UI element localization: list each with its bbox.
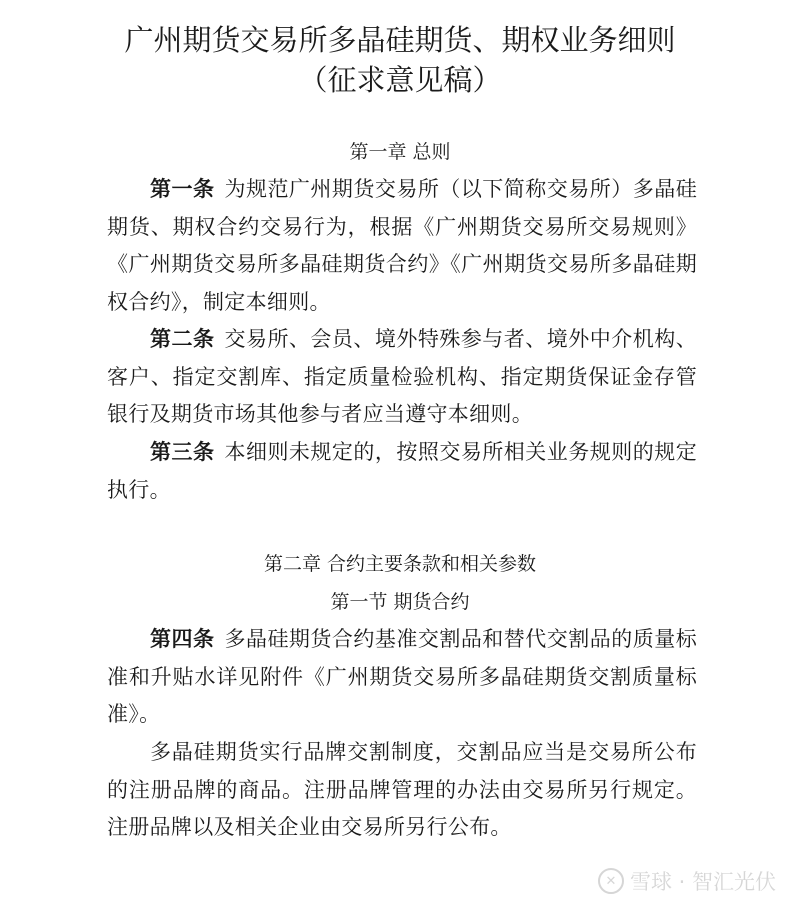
article-1: 第一条为规范广州期货交易所（以下简称交易所）多晶硅期货、期权合约交易行为，根据《…: [107, 171, 697, 321]
section-1-heading: 第一节 期货合约: [0, 587, 800, 617]
article-4: 第四条多晶硅期货合约基准交割品和替代交割品的质量标准和升贴水详见附件《广州期货交…: [107, 621, 697, 734]
article-label: 第四条: [150, 627, 214, 651]
brand-delivery-paragraph: 多晶硅期货实行品牌交割制度，交割品应当是交易所公布的注册品牌的商品。注册品牌管理…: [107, 734, 697, 847]
document-title: 广州期货交易所多晶硅期货、期权业务细则: [0, 18, 800, 62]
chapter-2-heading: 第二章 合约主要条款和相关参数: [0, 549, 800, 579]
article-label: 第三条: [150, 440, 214, 464]
watermark: ✕ 雪球 · 智汇光伏: [598, 866, 776, 896]
article-label: 第二条: [150, 327, 214, 351]
article-label: 第一条: [150, 177, 214, 201]
snowball-logo-icon: ✕: [598, 868, 624, 894]
chapter-1-heading: 第一章 总则: [0, 137, 800, 167]
article-2: 第二条交易所、会员、境外特殊参与者、境外中介机构、客户、指定交割库、指定质量检验…: [107, 321, 697, 434]
article-3: 第三条本细则未规定的，按照交易所相关业务规则的规定执行。: [107, 434, 697, 509]
document-subtitle: （征求意见稿）: [0, 58, 800, 102]
watermark-text: 雪球 · 智汇光伏: [630, 866, 776, 896]
